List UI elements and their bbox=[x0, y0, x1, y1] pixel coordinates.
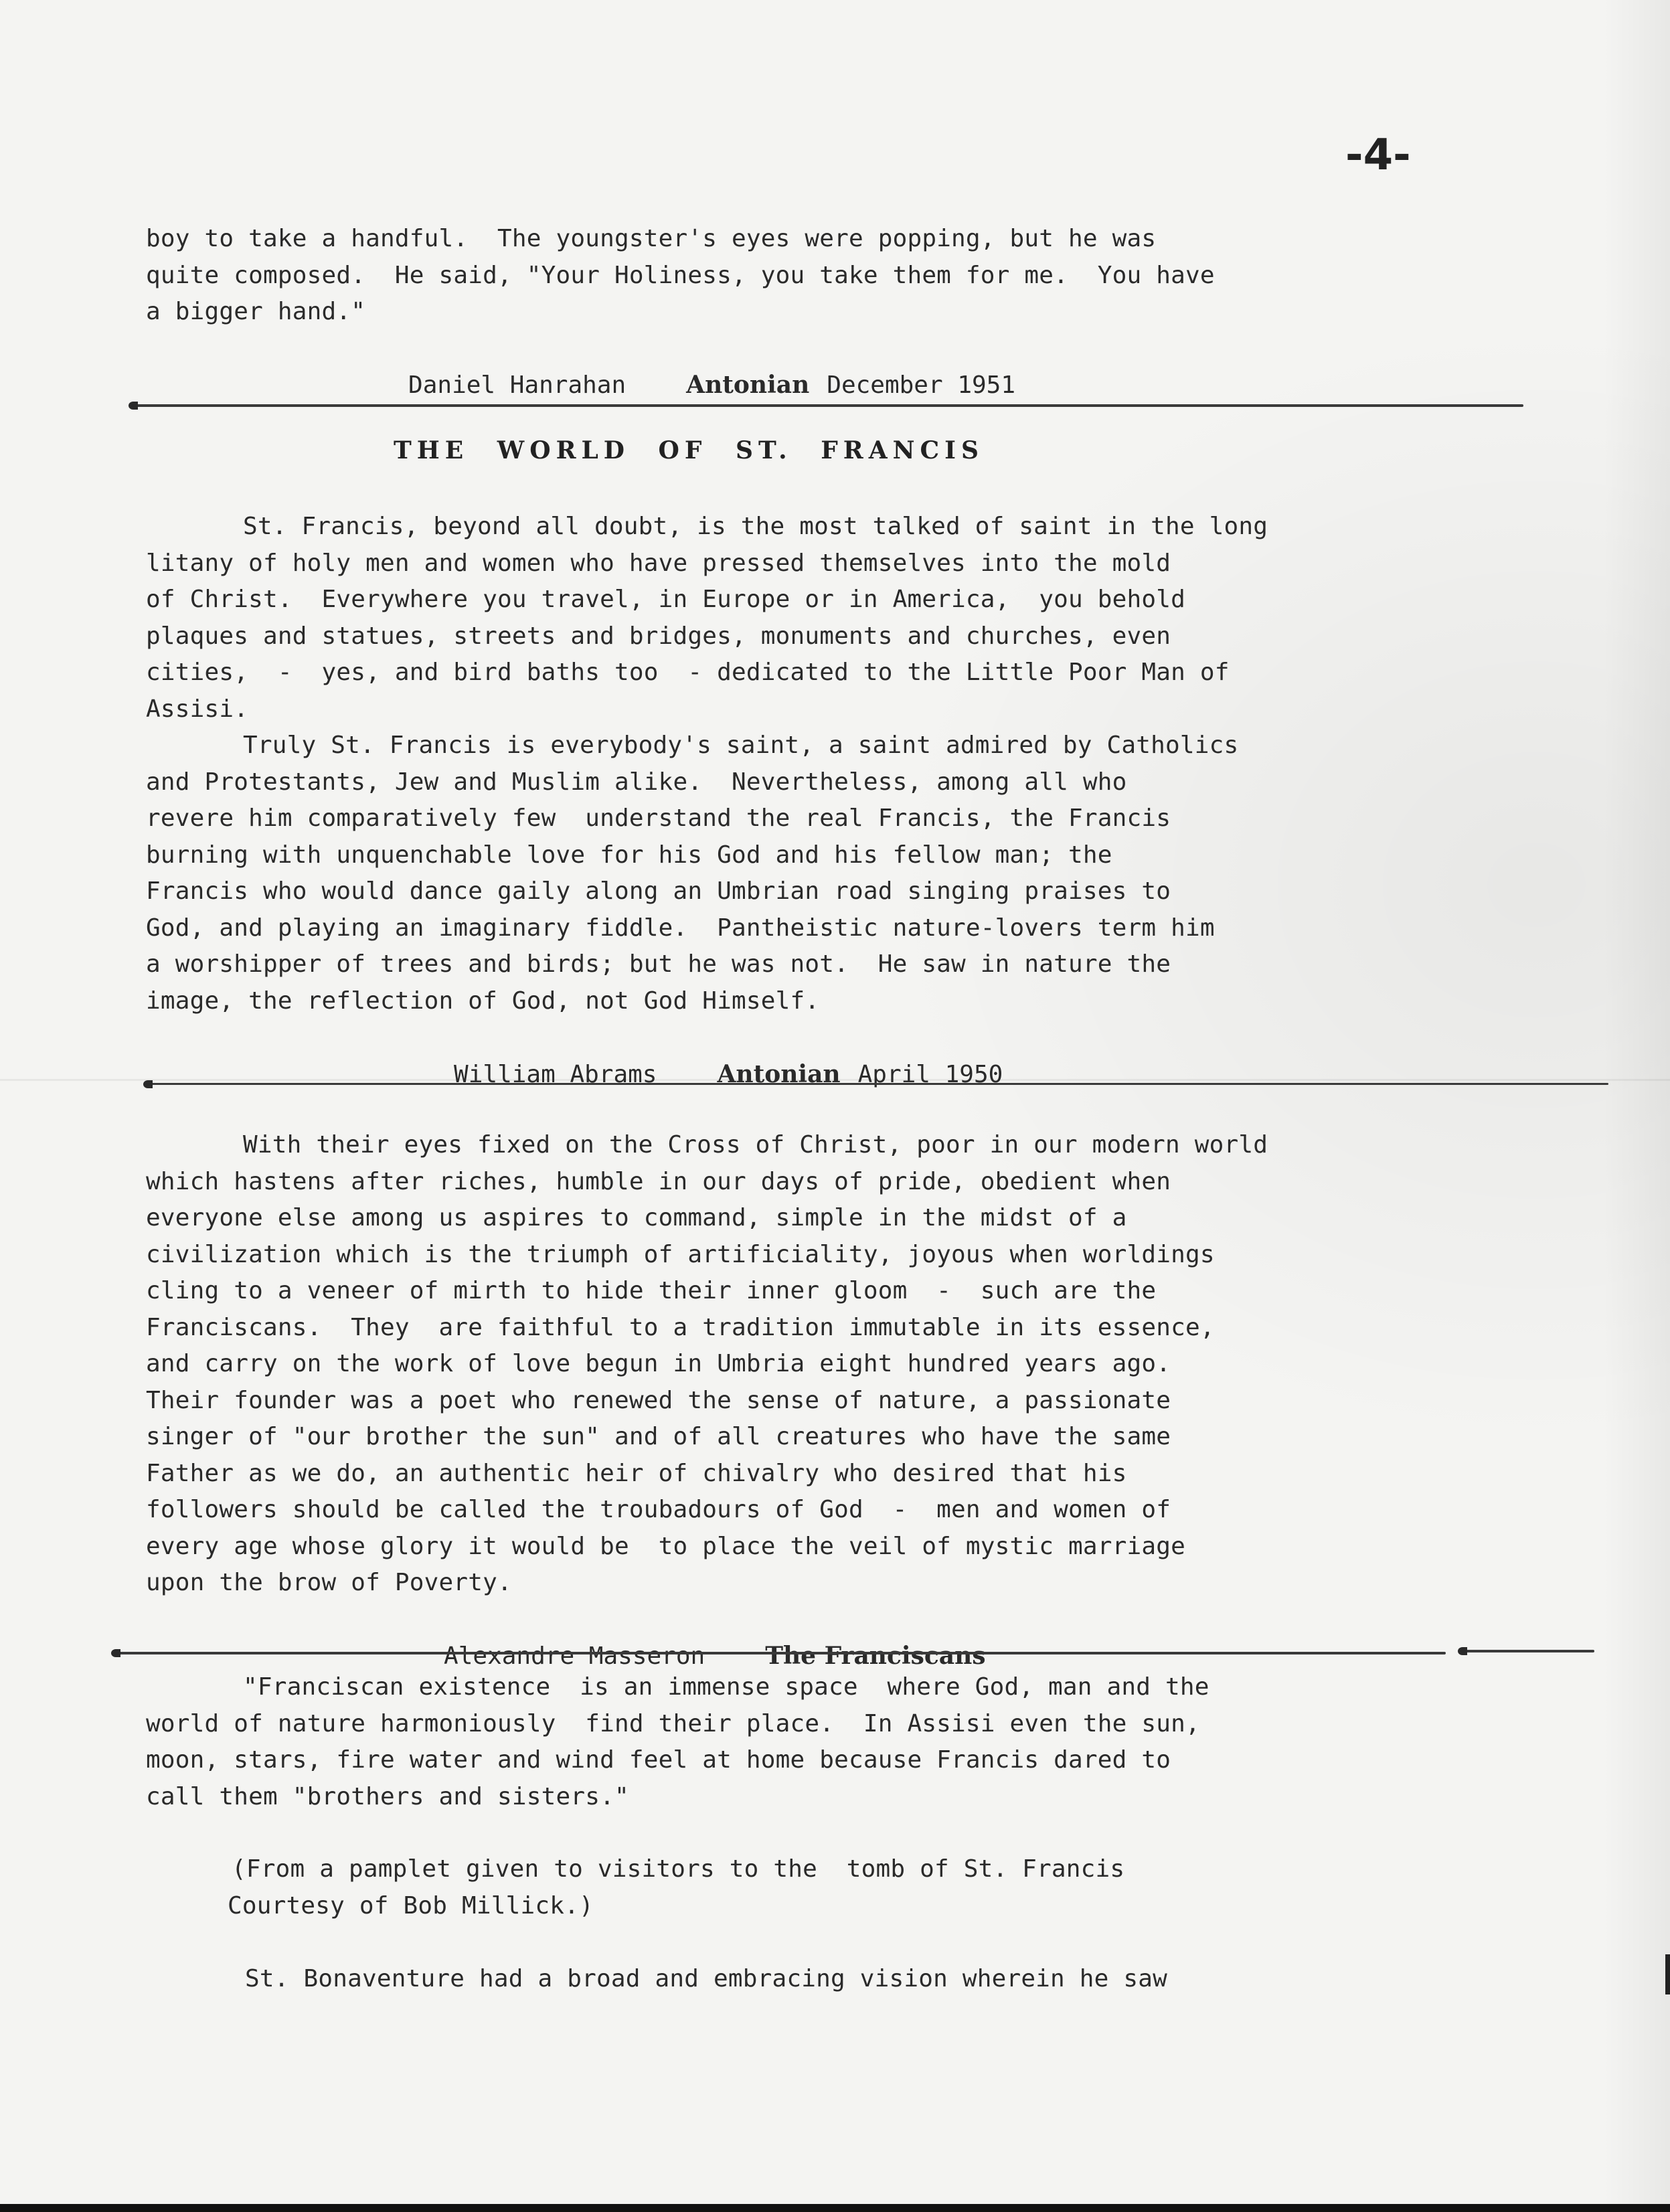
text-line: everyone else among us aspires to comman… bbox=[146, 1200, 1498, 1237]
document-page: -4- boy to take a handful. The youngster… bbox=[0, 0, 1670, 2212]
section-title: THE WORLD OF ST. FRANCIS bbox=[394, 436, 984, 464]
text-line: image, the reflection of God, not God Hi… bbox=[146, 983, 1498, 1020]
text-line: civilization which is the triumph of art… bbox=[146, 1237, 1498, 1274]
text-line: burning with unquenchable love for his G… bbox=[146, 837, 1498, 874]
text-line: and Protestants, Jew and Muslim alike. N… bbox=[146, 764, 1498, 801]
text-line: upon the brow of Poverty. bbox=[146, 1565, 1498, 1602]
text-line: followers should be called the troubadou… bbox=[146, 1492, 1498, 1529]
text-line: St. Bonaventure had a broad and embracin… bbox=[245, 1961, 1597, 1998]
section-divider bbox=[146, 1083, 1608, 1085]
text-line: a bigger hand." bbox=[146, 294, 1498, 331]
text-line: cities, - yes, and bird baths too - dedi… bbox=[146, 655, 1498, 691]
citation-author: William Abrams bbox=[454, 1057, 657, 1094]
text-line: call them "brothers and sisters." bbox=[146, 1779, 1498, 1816]
section-divider bbox=[131, 404, 1523, 407]
citation: Daniel HanrahanAntonianDecember 1951 bbox=[146, 331, 1498, 441]
text-line: God, and playing an imaginary fiddle. Pa… bbox=[146, 910, 1498, 947]
text-line: St. Francis, beyond all doubt, is the mo… bbox=[146, 509, 1498, 545]
section-bonaventure: St. Bonaventure had a broad and embracin… bbox=[245, 1961, 1597, 1998]
section-divider bbox=[114, 1652, 1446, 1654]
citation-source: Antonian bbox=[717, 1056, 840, 1093]
text-line: plaques and statues, streets and bridges… bbox=[146, 618, 1498, 655]
citation-date: April 1950 bbox=[858, 1057, 1003, 1094]
text-line: boy to take a handful. The youngster's e… bbox=[146, 221, 1498, 258]
text-line: (From a pamplet given to visitors to the… bbox=[232, 1851, 1584, 1888]
text-line: Francis who would dance gaily along an U… bbox=[146, 873, 1498, 910]
text-line: Their founder was a poet who renewed the… bbox=[146, 1383, 1498, 1420]
text-line: moon, stars, fire water and wind feel at… bbox=[146, 1742, 1498, 1779]
section-assisi-pamphlet-quote: "Franciscan existence is an immense spac… bbox=[146, 1669, 1498, 1815]
text-line: a worshipper of trees and birds; but he … bbox=[146, 946, 1498, 983]
citation: William AbramsAntonianApril 1950 bbox=[146, 1019, 1498, 1130]
pamphlet-source-note: (From a pamplet given to visitors to the… bbox=[232, 1851, 1584, 1924]
text-line: quite composed. He said, "Your Holiness,… bbox=[146, 258, 1498, 294]
text-line: Truly St. Francis is everybody's saint, … bbox=[146, 728, 1498, 764]
text-line: and carry on the work of love begun in U… bbox=[146, 1346, 1498, 1383]
section-masseron-excerpt: With their eyes fixed on the Cross of Ch… bbox=[146, 1127, 1498, 1711]
text-line: every age whose glory it would be to pla… bbox=[146, 1529, 1498, 1565]
text-line: world of nature harmoniously find their … bbox=[146, 1706, 1498, 1743]
citation-date: December 1951 bbox=[827, 367, 1015, 404]
citation-author: Daniel Hanrahan bbox=[408, 367, 626, 404]
page-edge-mark bbox=[1665, 1954, 1670, 1994]
section-divider-fragment bbox=[1460, 1650, 1594, 1652]
page-bottom-edge bbox=[0, 2204, 1670, 2212]
text-line: of Christ. Everywhere you travel, in Eur… bbox=[146, 582, 1498, 618]
text-line: revere him comparatively few understand … bbox=[146, 800, 1498, 837]
text-line: Franciscans. They are faithful to a trad… bbox=[146, 1310, 1498, 1347]
page-number: -4- bbox=[1345, 131, 1411, 180]
text-line: cling to a veneer of mirth to hide their… bbox=[146, 1273, 1498, 1310]
text-line: "Franciscan existence is an immense spac… bbox=[146, 1669, 1498, 1706]
text-line: With their eyes fixed on the Cross of Ch… bbox=[146, 1127, 1498, 1164]
section-world-of-st-francis: St. Francis, beyond all doubt, is the mo… bbox=[146, 509, 1498, 1130]
text-line: Father as we do, an authentic heir of ch… bbox=[146, 1456, 1498, 1493]
text-line: Courtesy of Bob Millick.) bbox=[228, 1888, 1584, 1925]
text-line: singer of "our brother the sun" and of a… bbox=[146, 1419, 1498, 1456]
citation-source: Antonian bbox=[686, 367, 809, 404]
text-line: which hastens after riches, humble in ou… bbox=[146, 1164, 1498, 1201]
text-line: Assisi. bbox=[146, 691, 1498, 728]
section-hanrahan-excerpt: boy to take a handful. The youngster's e… bbox=[146, 221, 1498, 440]
text-line: litany of holy men and women who have pr… bbox=[146, 545, 1498, 582]
